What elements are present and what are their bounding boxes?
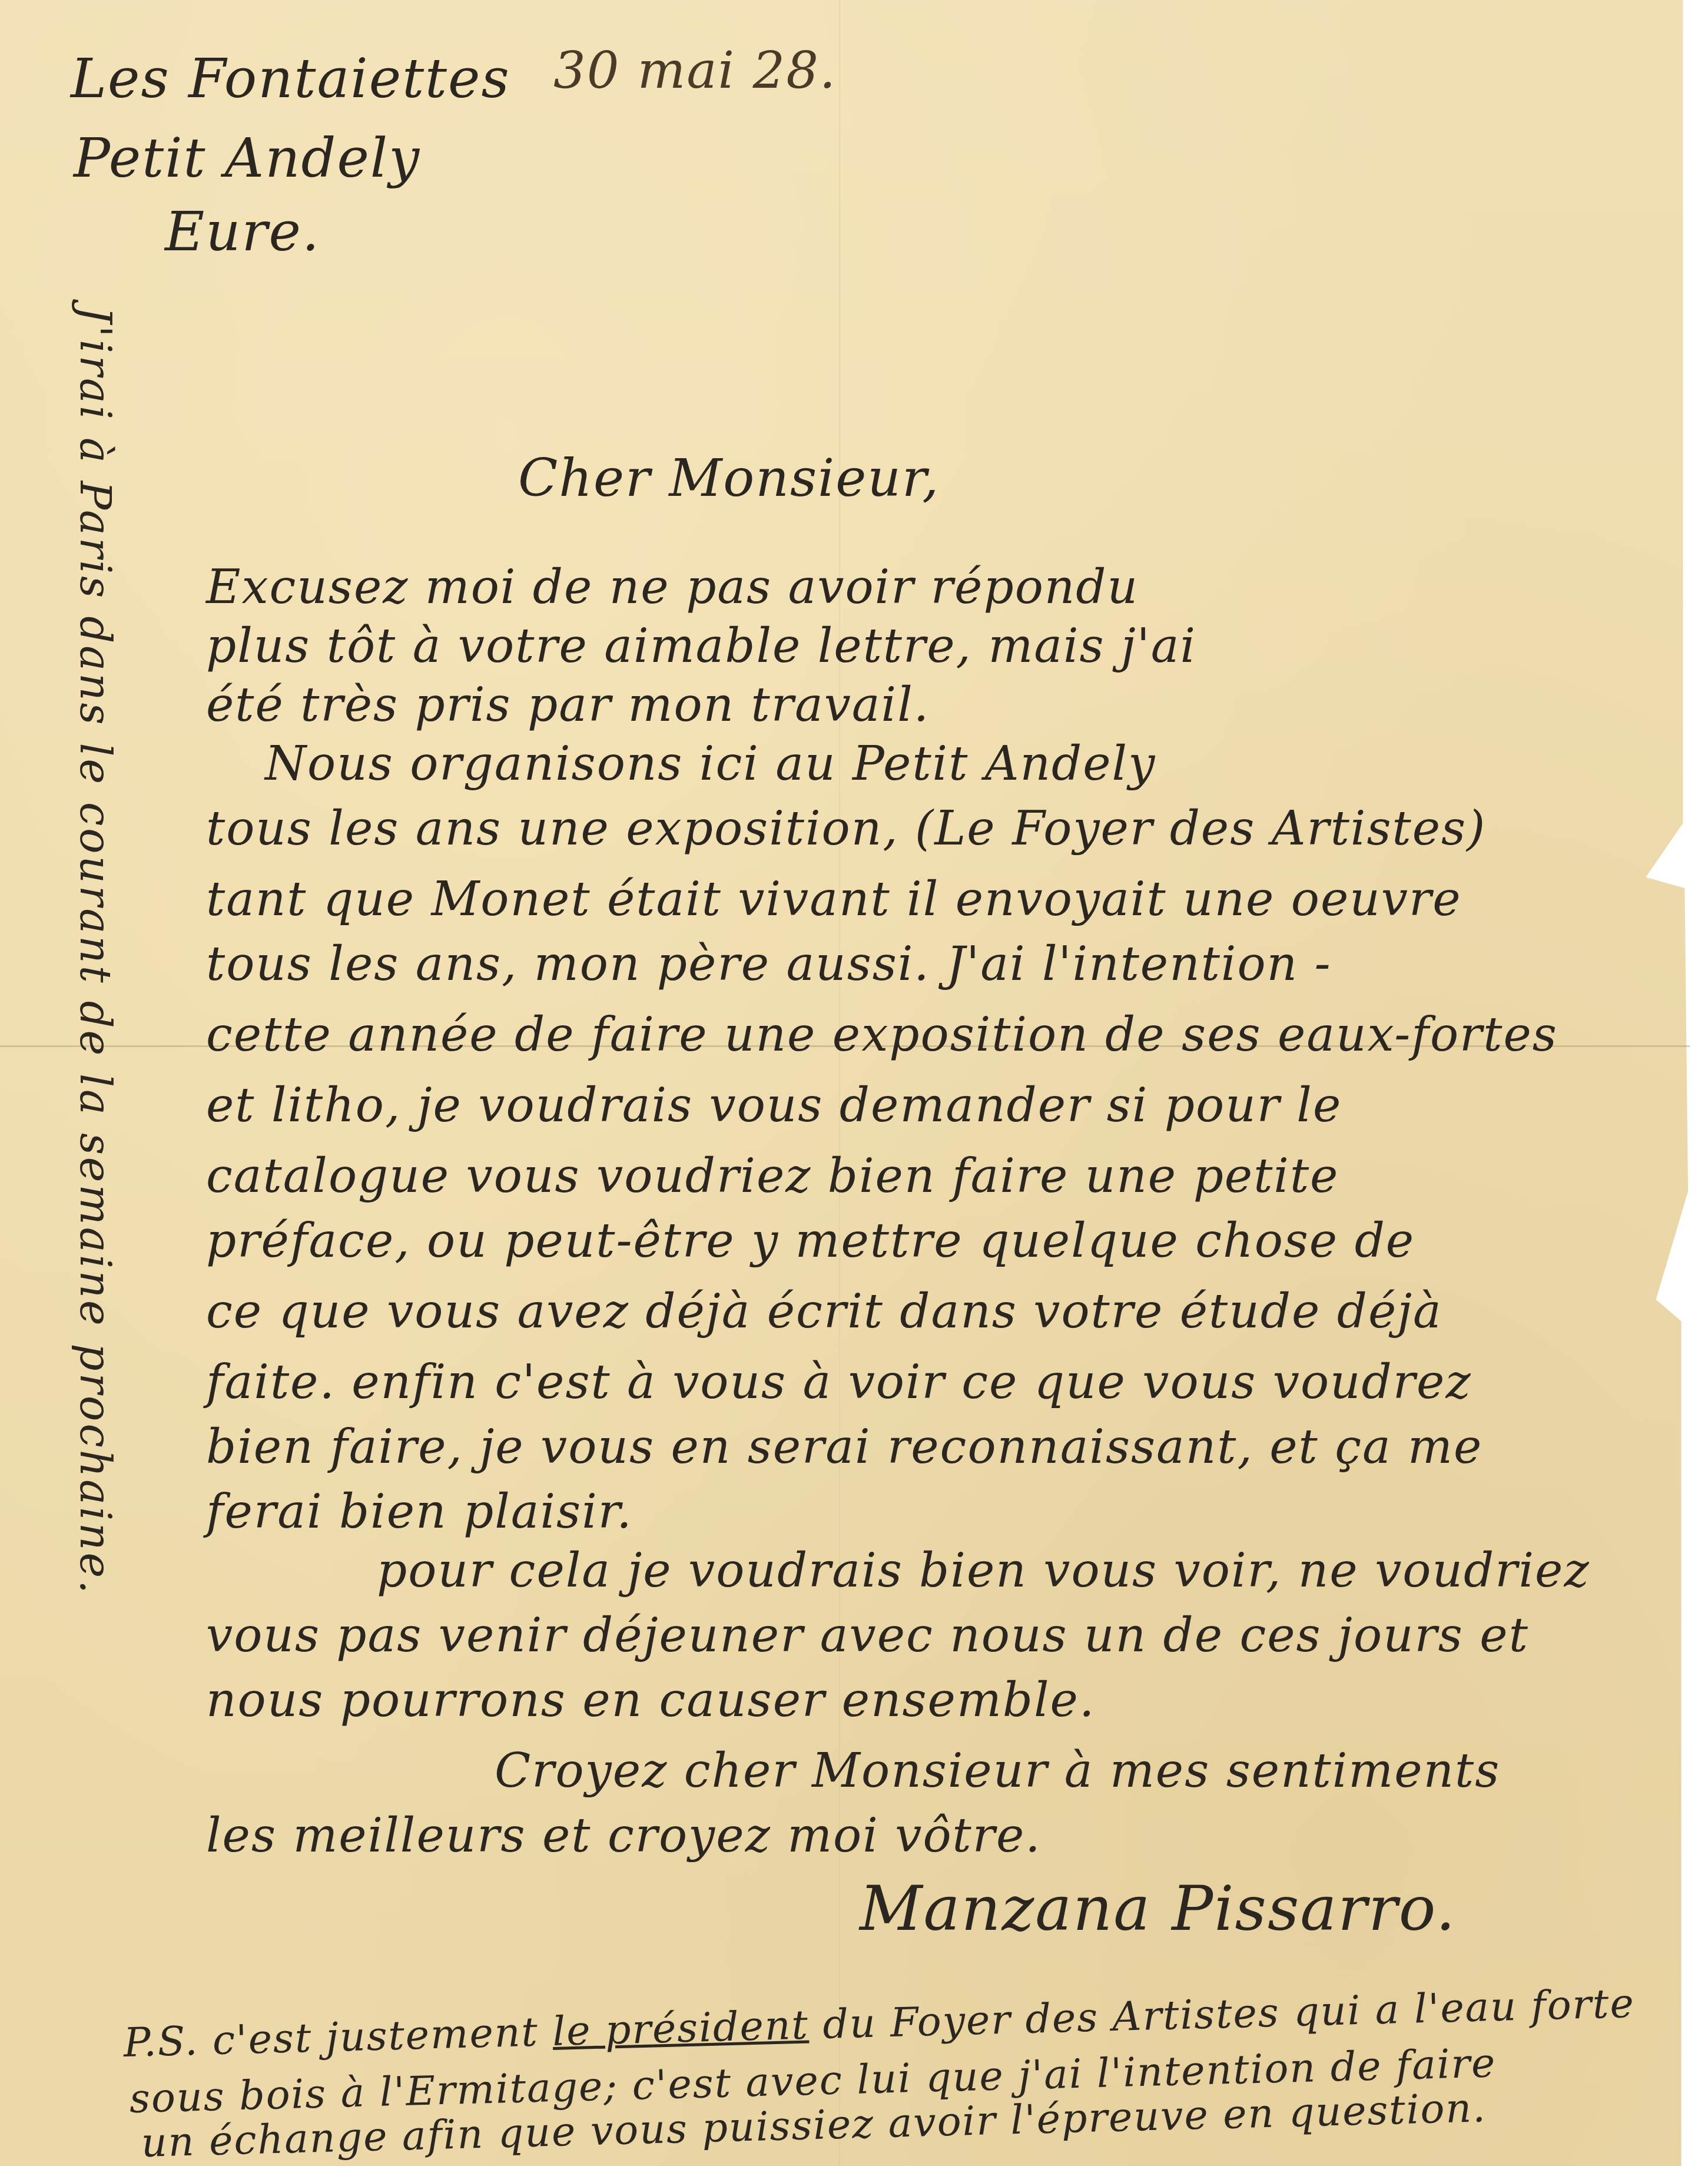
- postscript-underlined-term: le président: [552, 2002, 809, 2055]
- body-line: tant que Monet était vivant il envoyait …: [206, 872, 1462, 926]
- signature: Manzana Pissarro.: [860, 1873, 1457, 1945]
- body-line: catalogue vous voudriez bien faire une p…: [206, 1148, 1339, 1203]
- body-line: cette année de faire une exposition de s…: [206, 1007, 1558, 1062]
- body-line: Nous organisons ici au Petit Andely: [265, 736, 1156, 791]
- body-line: préface, ou peut-être y mettre quelque c…: [206, 1213, 1415, 1268]
- body-line: nous pourrons en causer ensemble.: [206, 1672, 1095, 1727]
- address-line-2: Petit Andely: [74, 127, 420, 190]
- body-line: tous les ans, mon père aussi. J'ai l'int…: [206, 936, 1332, 991]
- body-line: ce que vous avez déjà écrit dans votre é…: [206, 1284, 1442, 1339]
- body-line: ferai bien plaisir.: [206, 1484, 633, 1539]
- closing-line: Croyez cher Monsieur à mes sentiments: [495, 1743, 1500, 1798]
- body-line: pour cela je voudrais bien vous voir, ne…: [377, 1543, 1590, 1598]
- body-line: plus tôt à votre aimable lettre, mais j'…: [206, 618, 1196, 673]
- greeting: Cher Monsieur,: [518, 448, 940, 508]
- body-line: tous les ans une exposition, (Le Foyer d…: [206, 801, 1486, 856]
- address-line-1: Les Fontaiettes: [71, 47, 510, 110]
- body-line: bien faire, je vous en serai reconnaissa…: [206, 1419, 1483, 1474]
- letter-date: 30 mai 28.: [553, 41, 837, 100]
- body-line: vous pas venir déjeuner avec nous un de …: [206, 1608, 1529, 1662]
- body-line: faite. enfin c'est à vous à voir ce que …: [206, 1354, 1472, 1409]
- body-line: été très pris par mon travail.: [206, 677, 930, 732]
- margin-note-vertical: J'irai à Paris dans le courant de la sem…: [71, 306, 120, 1596]
- closing-line: les meilleurs et croyez moi vôtre.: [206, 1808, 1042, 1863]
- body-line: Excusez moi de ne pas avoir répondu: [206, 559, 1139, 614]
- address-line-3: Eure.: [165, 200, 320, 263]
- body-line: et litho, je voudrais vous demander si p…: [206, 1078, 1342, 1132]
